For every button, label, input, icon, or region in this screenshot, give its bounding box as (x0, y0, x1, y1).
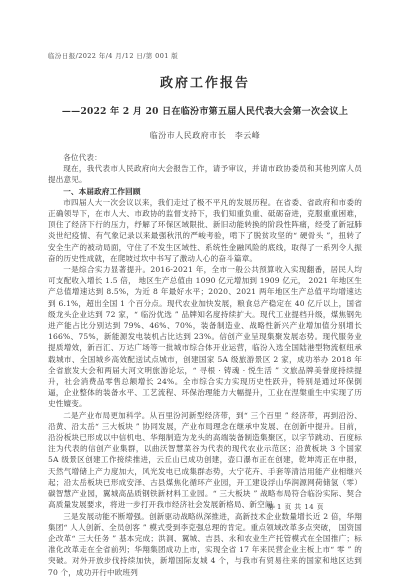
byline: 临汾市人民政府市长 李云峰 (48, 130, 362, 141)
paragraph-development-momentum: 三是发展动能不断增强。创新驱动战略纵深推进，高新技术企业数量增长近 2 倍，华翔… (48, 511, 362, 578)
report-subtitle: ——2022 年 2 月 20 日在临汾市第五届人民代表大会第一次会议上 (48, 104, 362, 117)
paragraph-industry-layout: 二是产业布局更加科学。从百里汾河新型经济带，到“ 三个百里 ” 经济带，再到沿汾… (48, 410, 362, 511)
paragraph-review: 市四届人大一次会议以来，我们走过了极不平凡的发展历程。在省委、省政府和市委的正确… (48, 197, 362, 264)
page-content: 临汾日报/2022 年/4 月/12 日/第 001 版 政府工作报告 ——20… (0, 0, 410, 578)
report-body: 各位代表： 现在，我代表市人民政府向大会报告工作，请予审议，并请市政协委员和其他… (48, 152, 362, 578)
report-title: 政府工作报告 (48, 72, 362, 91)
section-heading: 一、本届政府工作回顾 (48, 186, 362, 197)
paragraph-strength: 一是综合实力显著提升。2016-2021 年，全市一般公共预算收入实现翻番，居民… (48, 264, 362, 410)
salutation: 各位代表： (48, 152, 362, 163)
newspaper-edition-line: 临汾日报/2022 年/4 月/12 日/第 001 版 (48, 51, 362, 60)
document-page: 临汾日报/2022 年/4 月/12 日/第 001 版 政府工作报告 ——20… (0, 0, 410, 580)
paragraph-intro: 现在，我代表市人民政府向大会报告工作，请予审议，并请市政协委员和其他列席人员提出… (48, 163, 362, 185)
page-number-footer: 第 1 页 共 14 页 (0, 501, 324, 511)
